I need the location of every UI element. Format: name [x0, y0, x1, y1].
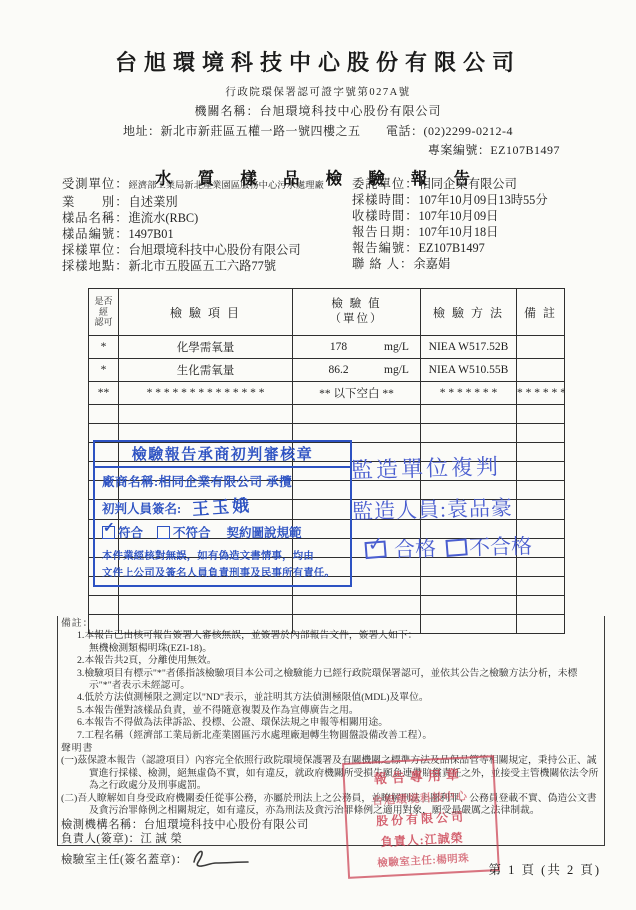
- note-item-5: 5.本報告僅對該樣品負責，並不得隨意複製及作為宣傳廣告之用。: [77, 705, 599, 717]
- org-label: 檢測機構名稱：: [61, 819, 144, 831]
- value-number: ** 以下空白 **: [293, 385, 420, 401]
- info-value: 1497B01: [129, 227, 174, 241]
- info-value: 107年10月09日: [419, 209, 499, 223]
- cell-method: * * * * * * *: [421, 382, 517, 405]
- info-row: 報告日期：107年10月18日: [352, 225, 576, 241]
- info-row: 業 別：自述業別: [62, 195, 352, 211]
- info-label: 樣品編號：: [62, 227, 129, 241]
- pass-label: 合格: [394, 533, 437, 564]
- info-row: 聯 絡 人：余嘉娟: [352, 257, 576, 273]
- info-label: 採樣單位：: [62, 243, 129, 257]
- org-value: 台旭環境科技中心股份有限公司: [144, 819, 309, 831]
- info-value: 進流水(RBC): [129, 211, 199, 225]
- cell-method: NIEA W510.55B: [421, 359, 517, 382]
- table-empty-row: [89, 595, 565, 614]
- stamp-body: 廠商名稱:相同企業有限公司 承攬 初判人員簽名: 王玉娥 ✓ 符合 不符合 契約…: [95, 468, 350, 585]
- header-approved-l2: 經: [99, 307, 108, 317]
- checkbox-unchecked-icon: [157, 526, 170, 539]
- lab-company-name: 台旭環境科技中心股份有限公司: [0, 46, 636, 77]
- vendor-line: 廠商名稱:相同企業有限公司 承攬: [102, 472, 343, 490]
- info-label: 報告編號：: [352, 241, 419, 255]
- info-row: 委託單位：相同企業有限公司: [352, 177, 576, 193]
- cell-remark: * * * * * *: [517, 382, 565, 405]
- page-number: 第 1 頁 (共 2 頁): [0, 860, 601, 878]
- check-mark: ✓: [103, 520, 115, 537]
- spec-label: 契約圖說規範: [227, 523, 302, 541]
- value-unit: mg/L: [384, 364, 420, 376]
- address-phone-line: 地址：新北市新莊區五權一路一號四樓之五 電話：(02)2299-0212-4: [0, 122, 636, 139]
- table-row: * 生化需氧量 86.2mg/L NIEA W510.55B: [89, 359, 565, 382]
- header-remark: 備 註: [517, 289, 565, 336]
- cell-remark: [517, 336, 565, 359]
- fail-label: 不合格: [469, 530, 533, 562]
- notes-caption: 備註：: [61, 618, 599, 630]
- info-row: 樣品編號：1497B01: [62, 227, 352, 243]
- info-row: 採樣單位：台旭環境科技中心股份有限公司: [62, 243, 352, 259]
- header-value-l2: （單位）: [293, 312, 420, 327]
- contractor-review-stamp: 檢驗報告承商初判審核章 廠商名稱:相同企業有限公司 承攬 初判人員簽名: 王玉娥…: [93, 440, 352, 587]
- info-label: 聯 絡 人：: [352, 257, 413, 271]
- info-row: 採樣地點：新北市五股區五工六路77號: [62, 259, 352, 275]
- project-number-line: 專案編號：EZ107B1497: [0, 141, 636, 158]
- info-value: 台旭環境科技中心股份有限公司: [129, 243, 301, 257]
- checkbox-checked-icon: ✓: [102, 526, 115, 539]
- header-approved-l1: 是否: [94, 296, 112, 306]
- info-row: 採樣時間：107年10月09日13時55分: [352, 193, 576, 209]
- checkbox-checked-icon: ✓: [364, 540, 386, 559]
- cell-approved: *: [89, 336, 119, 359]
- sample-info-left-column: 受測單位：經濟部工業局新北產業園區服務中心污水處理廠 業 別：自述業別 樣品名稱…: [62, 177, 352, 274]
- checkbox-unchecked-icon: [445, 538, 467, 557]
- sample-info-section: 受測單位：經濟部工業局新北產業園區服務中心污水處理廠 業 別：自述業別 樣品名稱…: [62, 177, 576, 274]
- conformity-line: ✓ 符合 不符合 契約圖說規範: [102, 523, 343, 541]
- info-row: 報告編號：EZ107B1497: [352, 241, 576, 257]
- sample-info-right-column: 委託單位：相同企業有限公司 採樣時間：107年10月09日13時55分 收樣時間…: [352, 177, 576, 274]
- seal-line-1: 報告專用章: [373, 764, 464, 788]
- value-number: 86.2: [293, 364, 384, 376]
- info-label: 委託單位：: [352, 177, 419, 191]
- info-value: 自述業別: [129, 195, 178, 209]
- info-value: 新北市五股區五工六路77號: [129, 259, 277, 273]
- info-value: 107年10月18日: [419, 225, 499, 239]
- info-value: 107年10月09日13時55分: [419, 193, 548, 207]
- info-value: EZ107B1497: [419, 241, 485, 255]
- seal-line-4: 負責人:江誠榮: [380, 829, 464, 850]
- header-method: 檢 驗 方 法: [421, 289, 517, 336]
- caution-line-2: 文件上公司及簽名人員負責刑事及民事所有責任。: [102, 564, 343, 579]
- supervisor-line-2: 監造人員:袁品豪: [352, 490, 573, 526]
- supervisor-result-line: ✓ 合格 不合格: [353, 529, 574, 565]
- table-header-row: 是否 經 認可 檢 驗 項 目 檢 驗 值 （單位） 檢 驗 方 法 備 註: [89, 289, 565, 336]
- phone-text: 電話：(02)2299-0212-4: [386, 122, 513, 139]
- info-label: 採樣地點：: [62, 259, 129, 273]
- header-approved: 是否 經 認可: [89, 289, 119, 336]
- info-label: 樣品名稱：: [62, 211, 129, 225]
- cell-item: 化學需氧量: [119, 336, 293, 359]
- cell-remark: [517, 359, 565, 382]
- supervisor-handwritten-note: 監造單位複判 監造人員:袁品豪 ✓ 合格 不合格: [351, 448, 574, 565]
- value-number: 178: [293, 341, 384, 353]
- table-row: * 化學需氧量 178mg/L NIEA W517.52B: [89, 336, 565, 359]
- info-value: 余嘉娟: [413, 257, 450, 271]
- stamp-title: 檢驗報告承商初判審核章: [95, 442, 350, 468]
- cell-method: NIEA W517.52B: [421, 336, 517, 359]
- info-label: 業 別：: [62, 195, 129, 209]
- info-value: 相同企業有限公司: [419, 177, 517, 191]
- info-label: 收樣時間：: [352, 209, 419, 223]
- info-row: 收樣時間：107年10月09日: [352, 209, 576, 225]
- org-name-line: 檢測機構名稱：台旭環境科技中心股份有限公司: [61, 818, 599, 833]
- info-row: 受測單位：經濟部工業局新北產業園區服務中心污水處理廠: [62, 177, 352, 195]
- note-item-1: 1.本報告已由核可報告簽署人審核無誤，並簽署於內部報告文件，簽署人如下：: [77, 630, 599, 642]
- supervisor-line-1: 監造單位複判: [351, 448, 572, 485]
- agency-name-line: 機關名稱：台旭環境科技中心股份有限公司: [0, 102, 636, 119]
- declaration-title: 聲明書: [61, 743, 599, 755]
- note-item-2: 2.本報告共2頁，分離使用無效。: [77, 655, 599, 667]
- cell-item: * * * * * * * * * * * * * *: [119, 382, 293, 405]
- cell-approved: *: [89, 359, 119, 382]
- fail-label: 不符合: [173, 523, 211, 541]
- seal-line-2: 台旭環境科技中心: [372, 787, 469, 808]
- principal-value: 江 誠 榮: [140, 833, 182, 845]
- cell-approved: **: [89, 382, 119, 405]
- cell-value: 86.2mg/L: [293, 359, 421, 382]
- pass-label: 符合: [118, 523, 143, 541]
- principal-line: 負責人(簽章)：江 誠 榮: [61, 832, 599, 847]
- info-value: 經濟部工業局新北產業園區服務中心污水處理廠: [129, 181, 324, 191]
- signer-handwritten-signature: 王玉娥: [191, 491, 253, 520]
- info-label: 報告日期：: [352, 225, 419, 239]
- header-approved-l3: 認可: [94, 317, 112, 327]
- address-text: 地址：新北市新莊區五權一路一號四樓之五: [123, 122, 361, 139]
- check-mark: ✓: [367, 532, 385, 556]
- seal-line-3: 股份有限公司: [376, 808, 467, 830]
- info-row: 樣品名稱：進流水(RBC): [62, 211, 352, 227]
- table-row-blank-marker: ** * * * * * * * * * * * * * * ** 以下空白 *…: [89, 382, 565, 405]
- principal-label: 負責人(簽章)：: [61, 833, 140, 845]
- declaration-item-2: (二)吾人瞭解如自身受政府機關委任從事公務，亦屬於刑法上之公務員，並瞭解刑法上圖…: [61, 793, 599, 818]
- header-item: 檢 驗 項 目: [119, 289, 293, 336]
- scanned-report-page: 台旭環境科技中心股份有限公司 行政院環保署認可證字號第027A號 機關名稱：台旭…: [0, 0, 636, 910]
- cell-item: 生化需氧量: [119, 359, 293, 382]
- note-item-3: 3.檢驗項目有標示"*"者係指該檢驗項目本公司之檢驗能力已經行政院環保署認可，並…: [77, 668, 599, 693]
- notes-declaration-box: 備註： 1.本報告已由核可報告簽署人審核無誤，並簽署於內部報告文件，簽署人如下：…: [57, 616, 605, 846]
- note-item-1-sub: 無機檢測類楊明珠(EZI-18)。: [89, 643, 599, 655]
- cell-value: ** 以下空白 **: [293, 382, 421, 405]
- info-label: 採樣時間：: [352, 193, 419, 207]
- note-item-6: 6.本報告不得做為法律訴訟、投標、公證、環保法規之申報等相關用途。: [77, 717, 599, 729]
- info-label: 受測單位：: [62, 177, 129, 191]
- signer-line: 初判人員簽名: 王玉娥: [102, 493, 343, 518]
- declaration-item-1: (一)茲保證本報告（認證項目）內容完全依照行政院環境保護署及有關機關之標準方法及…: [61, 755, 599, 792]
- header-value-l1: 檢 驗 值: [293, 297, 420, 312]
- cell-value: 178mg/L: [293, 336, 421, 359]
- value-unit: mg/L: [384, 341, 420, 353]
- note-item-4: 4.低於方法偵測極限之測定以"ND"表示，並註明其方法偵測極限值(MDL)及單位…: [77, 692, 599, 704]
- signer-label: 初判人員簽名:: [102, 502, 181, 516]
- note-item-7: 7.工程名稱（經濟部工業局新北產業園區污水處理廠迴轉生物圓盤設備改善工程）。: [77, 730, 599, 742]
- report-header: 台旭環境科技中心股份有限公司 行政院環保署認可證字號第027A號 機關名稱：台旭…: [0, 46, 636, 189]
- table-empty-row: [89, 405, 565, 424]
- certification-line: 行政院環保署認可證字號第027A號: [0, 84, 636, 99]
- header-value: 檢 驗 值 （單位）: [293, 289, 421, 336]
- caution-line-1: 本件業經核對無誤，如有偽造文書情事，均由: [102, 547, 343, 562]
